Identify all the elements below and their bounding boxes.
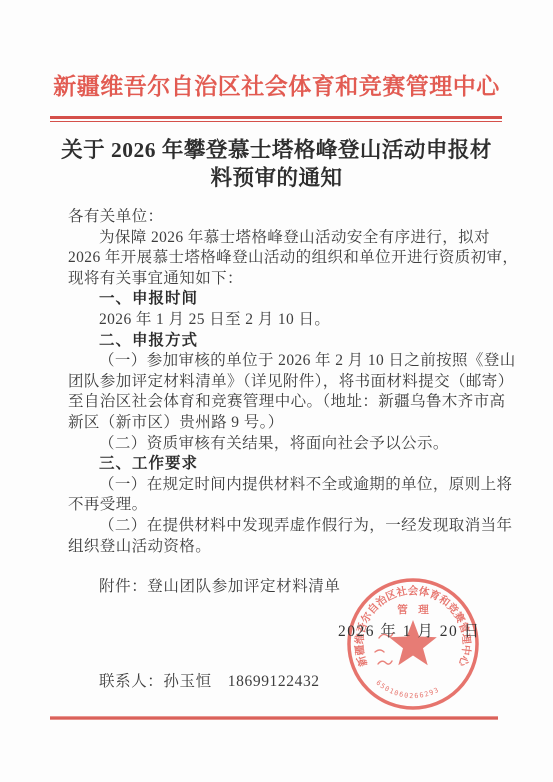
- letterhead-org-name: 新疆维吾尔自治区社会体育和竞赛管理中心: [0, 70, 553, 104]
- body-line: （一）参加审核的单位于 2026 年 2 月 10 日之前按照《登山: [68, 351, 490, 372]
- body-line: 至自治区社会体育和竞赛管理中心。（地址：新疆乌鲁木齐市高: [68, 392, 490, 413]
- body-line: （二）在提供材料中发现弄虚作假行为，一经发现取消当年: [68, 516, 490, 537]
- official-seal: 新疆维吾尔自治区社会体育和竞赛管理中心 管 理 6501060266293: [345, 576, 481, 712]
- section-heading-2: 二、申报方式: [68, 331, 490, 352]
- body-line: （二）资质审核有关结果，将面向社会予以公示。: [68, 434, 490, 455]
- seal-serial-number: 6501060266293: [374, 679, 440, 700]
- notice-document-page: 新疆维吾尔自治区社会体育和竞赛管理中心 关于 2026 年攀登慕士塔格峰登山活动…: [0, 0, 553, 782]
- issue-date: 2026 年 1 月 20 日: [338, 619, 481, 641]
- section-heading-3: 三、工作要求: [68, 454, 490, 475]
- body-line: 2026 年开展慕士塔格峰登山活动的组织和单位开进行资质初审，: [68, 248, 490, 269]
- seal-center-text: 管 理: [397, 603, 429, 616]
- body-line: 现将有关事宜通知如下：: [68, 269, 490, 290]
- document-title: 关于 2026 年攀登慕士塔格峰登山活动申报材 料预审的通知: [40, 136, 513, 192]
- footer-divider: [50, 716, 498, 720]
- body-line: 新区（新市区）贵州路 9 号。）: [68, 413, 490, 434]
- body-line-salutation: 各有关单位：: [68, 207, 490, 228]
- body-line: 不再受理。: [68, 495, 490, 516]
- body-line: 为保障 2026 年慕士塔格峰登山活动安全有序进行，拟对: [68, 228, 490, 249]
- section-heading-1: 一、申报时间: [68, 289, 490, 310]
- body-line: 2026 年 1 月 25 日至 2 月 10 日。: [68, 310, 490, 331]
- body-line: （一）在规定时间内提供材料不全或逾期的单位，原则上将: [68, 475, 490, 496]
- document-body: 各有关单位： 为保障 2026 年慕士塔格峰登山活动安全有序进行，拟对 2026…: [68, 207, 490, 557]
- document-title-line2: 料预审的通知: [40, 164, 513, 192]
- document-title-line1: 关于 2026 年攀登慕士塔格峰登山活动申报材: [40, 136, 513, 164]
- body-line: 团队参加评定材料清单》（详见附件），将书面材料提交（邮寄）: [68, 372, 490, 393]
- body-line: 组织登山活动资格。: [68, 537, 490, 558]
- letterhead-divider: [50, 116, 502, 123]
